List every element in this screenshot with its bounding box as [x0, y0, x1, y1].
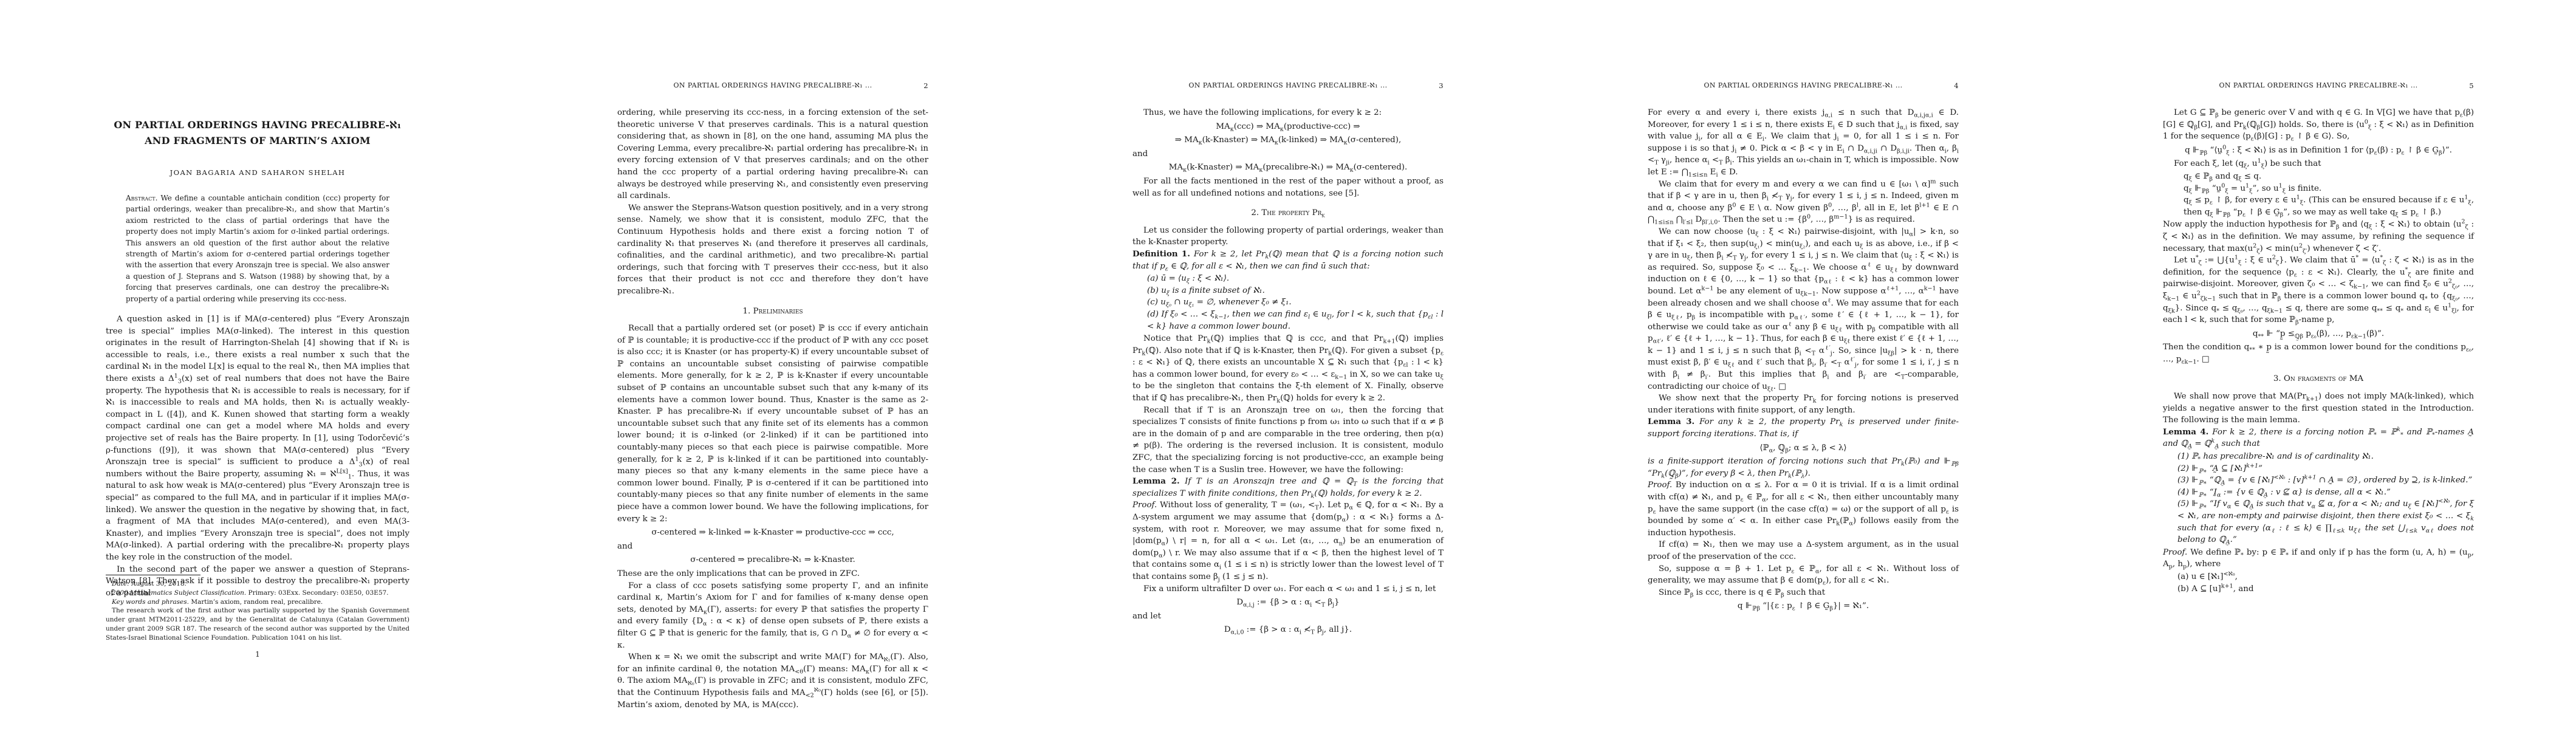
display-formula: q** ⊩ “p̰ ≤ℚ̰β pε₀(β), …, pεk−1(β)”.	[2163, 328, 2474, 340]
paragraph: Let u*ζ := ⋃{u1ξ : ξ ∈ u2ζ}. We claim th…	[2163, 255, 2474, 326]
running-header: ON PARTIAL ORDERINGS HAVING PRECALIBRE-ℵ…	[617, 81, 928, 89]
page-4: ON PARTIAL ORDERINGS HAVING PRECALIBRE-ℵ…	[1546, 0, 2061, 729]
display-formula: σ-centered ⇒ precalibre-ℵ₁ ⇒ k-Knaster.	[617, 554, 928, 566]
running-header-title: ON PARTIAL ORDERINGS HAVING PRECALIBRE-ℵ…	[2163, 81, 2474, 89]
paragraph: For all the facts mentioned in the rest …	[1132, 176, 1444, 199]
page-3-body: Thus, we have the following implications…	[1132, 107, 1444, 638]
list-item: (5) ⊩ℙ∗ “If vα ∈ ℚA̰ is such that vα ⊈ α…	[2177, 498, 2474, 546]
display-formula: Dα,i,0 := {β > α : αi ≮T βj, all j}.	[1132, 624, 1444, 636]
page-number: 3	[1439, 81, 1444, 90]
page-number: 1	[106, 650, 409, 659]
paragraph: and	[617, 541, 928, 553]
list: (1) ℙ* has precalibre-ℵ₁ and is of cardi…	[2163, 451, 2474, 546]
paragraph: Let us consider the following property o…	[1132, 225, 1444, 248]
list: (a) ū = ⟨uξ : ξ < ℵ₁⟩.(b) uξ is a finite…	[1132, 273, 1444, 332]
list-item: (a) ū = ⟨uξ : ξ < ℵ₁⟩.	[1147, 273, 1444, 285]
paragraph: We show next that the property Prk for f…	[1648, 392, 1959, 416]
list-item: (a) u ∈ [ℵ₁]<ℵ₀,	[2177, 571, 2474, 583]
paragraph: Now apply the induction hypothesis for ℙ…	[2163, 219, 2474, 255]
footnote-msc: 2000 Mathematics Subject Classification.…	[106, 589, 409, 598]
display-formula: ⇒ MAκ(k-Knaster) ⇒ MAκ(k-linked) ⇒ MAκ(σ…	[1132, 134, 1444, 146]
display-formula: ⟨ℙα, ℚ̰β; α ≤ λ, β < λ⟩	[1648, 442, 1959, 454]
paragraph: and	[1132, 148, 1444, 160]
list-item: (3) ⊩ℙ∗ “ℚA̰ = {v ∈ [ℵ₁]<ℵ₀ : [v]k+1 ∩ A…	[2177, 474, 2474, 487]
paper-title-line-2: AND FRAGMENTS OF MARTIN’S AXIOM	[106, 133, 409, 149]
display-formula: q ⊩ℙβ “⟨ṵ0ξ : ξ < ℵ₁⟩ is as in Definitio…	[2163, 145, 2474, 157]
paragraph: and let	[1132, 611, 1444, 623]
paragraph: Then the condition q** ∗ p̰ is a common …	[2163, 341, 2474, 365]
page-5: ON PARTIAL ORDERINGS HAVING PRECALIBRE-ℵ…	[2061, 0, 2576, 729]
section-heading: 3. On fragments of MA	[2163, 373, 2474, 385]
lemma: Lemma 2. If T is an Aronszajn tree and ℚ…	[1132, 476, 1444, 499]
paragraph: If cf(α) = ℵ₁, then we may use a Δ-syste…	[1648, 539, 1959, 563]
page-1-body: A question asked in [1] is if MA(σ-cente…	[106, 313, 409, 599]
paragraph: Recall that a partially ordered set (or …	[617, 323, 928, 525]
display-formula: q ⊩ℙβ “|{ε : pε ↾ β ∈ G̰β}| = ℵ₁”.	[1648, 600, 1959, 612]
paper-title-line-1: ON PARTIAL ORDERINGS HAVING PRECALIBRE-ℵ…	[106, 117, 409, 133]
running-header-title: ON PARTIAL ORDERINGS HAVING PRECALIBRE-ℵ…	[1132, 81, 1444, 89]
list-item: (c) uξ₀ ∩ uξ₁ = ∅, whenever ξ₀ ≠ ξ₁.	[1147, 296, 1444, 309]
running-header: ON PARTIAL ORDERINGS HAVING PRECALIBRE-ℵ…	[1132, 81, 1444, 89]
abstract: Abstract. We define a countable antichai…	[126, 193, 389, 304]
paragraph: is a finite-support iteration of forcing…	[1648, 456, 1959, 479]
list-item: (4) ⊩ℙ∗ “Ḭα := {v ∈ ℚA̰ : v ⊈ α} is dens…	[2177, 487, 2474, 499]
paragraph: Fix a uniform ultrafilter D over ω₁. For…	[1132, 583, 1444, 595]
page-3: ON PARTIAL ORDERINGS HAVING PRECALIBRE-ℵ…	[1030, 0, 1546, 729]
abstract-label: Abstract.	[126, 194, 157, 202]
running-header-title: ON PARTIAL ORDERINGS HAVING PRECALIBRE-ℵ…	[617, 81, 928, 89]
lemma: Lemma 4. For k ≥ 2, there is a forcing n…	[2163, 426, 2474, 450]
paragraph: We answer the Steprans-Watson question p…	[617, 202, 928, 298]
document-canvas: arXiv:1502.05500v1 [math.LO] 19 Feb 2015…	[0, 0, 2576, 729]
footnote-date: Date: August 30, 2018.	[106, 580, 409, 589]
authors: JOAN BAGARIA AND SAHARON SHELAH	[106, 168, 409, 177]
page-5-body: Let G ⊆ ℙβ be generic over V and with q …	[2163, 107, 2474, 595]
paragraph: Recall that if T is an Aronszajn tree on…	[1132, 405, 1444, 476]
paragraph: ordering, while preserving its ccc-ness,…	[617, 107, 928, 202]
paragraph: We shall now prove that MA(Prk+1) does n…	[2163, 391, 2474, 426]
running-header-title: ON PARTIAL ORDERINGS HAVING PRECALIBRE-ℵ…	[1648, 81, 1959, 89]
paragraph: We claim that for every m and every α we…	[1648, 179, 1959, 226]
paragraph: Notice that Prk(ℚ) implies that ℚ is ccc…	[1132, 333, 1444, 405]
list-item: (1) ℙ* has precalibre-ℵ₁ and is of cardi…	[2177, 451, 2474, 463]
list-item: qξ ≤ pε ↾ β, for every ε ∈ u1ξ. (This ca…	[2184, 194, 2474, 218]
paragraph: These are the only implications that can…	[617, 568, 928, 580]
page-4-body: For every α and every i, there exists jα…	[1648, 107, 1959, 614]
footnote-funding: The research work of the first author wa…	[106, 606, 409, 642]
paragraph: For every α and every i, there exists jα…	[1648, 107, 1959, 179]
display-formula: Dα,i,j := {β > α : αi <T βj}	[1132, 597, 1444, 609]
list-item: qξ ∈ ℙβ and qξ ≤ q.	[2184, 171, 2474, 183]
proof: Proof. By induction on α ≤ λ. For α = 0 …	[1648, 479, 1959, 539]
running-header: ON PARTIAL ORDERINGS HAVING PRECALIBRE-ℵ…	[1648, 81, 1959, 89]
running-header: ON PARTIAL ORDERINGS HAVING PRECALIBRE-ℵ…	[2163, 81, 2474, 89]
page-2-body: ordering, while preserving its ccc-ness,…	[617, 107, 928, 711]
proof: Proof. We define ℙ* by: p ∈ ℙ* if and on…	[2163, 547, 2474, 570]
list-item: (b) A ⊆ [u]k+1, and	[2177, 583, 2474, 595]
paragraph: So, suppose α = β + 1. Let pε ∈ ℙα, for …	[1648, 563, 1959, 587]
paper-title: ON PARTIAL ORDERINGS HAVING PRECALIBRE-ℵ…	[106, 117, 409, 149]
paragraph: We can now choose ⟨uξ : ξ < ℵ₁⟩ pairwise…	[1648, 226, 1959, 392]
abstract-text: We define a countable antichain conditio…	[126, 194, 389, 303]
display-formula: MAκ(ccc) ⇒ MAκ(productive-ccc) ⇒	[1132, 121, 1444, 133]
page-number: 4	[1954, 81, 1959, 90]
page-2: ON PARTIAL ORDERINGS HAVING PRECALIBRE-ℵ…	[515, 0, 1030, 729]
paragraph: Thus, we have the following implications…	[1132, 107, 1444, 119]
footnotes: Date: August 30, 2018. 2000 Mathematics …	[106, 575, 409, 643]
page-number: 5	[2469, 81, 2474, 90]
section-heading: 1. Preliminaries	[617, 306, 928, 318]
page-number: 2	[923, 81, 928, 90]
footnote-keywords: Key words and phrases. Martin’s axiom, r…	[106, 598, 409, 607]
paragraph: Since ℙβ is ccc, there is q ∈ ℙβ such th…	[1648, 587, 1959, 599]
definition: Definition 1. For k ≥ 2, let Prk(ℚ) mean…	[1132, 248, 1444, 272]
list: (a) u ∈ [ℵ₁]<ℵ₀,(b) A ⊆ [u]k+1, and	[2163, 571, 2474, 595]
display-formula: σ-centered ⇒ k-linked ⇒ k-Knaster ⇒ prod…	[617, 527, 928, 539]
page-1-column: ON PARTIAL ORDERINGS HAVING PRECALIBRE-ℵ…	[106, 0, 409, 599]
list: qξ ∈ ℙβ and qξ ≤ q.qξ ⊩ℙβ “ṵ0ξ = u1ξ”, s…	[2163, 171, 2474, 218]
list-item: qξ ⊩ℙβ “ṵ0ξ = u1ξ”, so u1ξ is finite.	[2184, 183, 2474, 195]
list-item: (b) uξ is a finite subset of ℵ₁.	[1147, 285, 1444, 297]
section-heading: 2. The property Prk	[1132, 207, 1444, 219]
paragraph: When κ = ℵ₁ we omit the subscript and wr…	[617, 651, 928, 711]
paragraph: Let G ⊆ ℙβ be generic over V and with q …	[2163, 107, 2474, 143]
footnote-rule	[106, 575, 200, 575]
paragraph: For a class of ccc posets satisfying som…	[617, 580, 928, 652]
display-formula: MAκ(k-Knaster) ⇒ MAκ(precalibre-ℵ₁) ⇒ MA…	[1132, 162, 1444, 174]
paragraph: A question asked in [1] is if MA(σ-cente…	[106, 313, 409, 563]
lemma: Lemma 3. For any k ≥ 2, the property Prk…	[1648, 416, 1959, 440]
list-item: (d) If ξ₀ < … < ξk−1, then we can find ε…	[1147, 309, 1444, 332]
paragraph: For each ξ, let (qξ, u1ξ) be such that	[2163, 158, 2474, 170]
proof: Proof. Without loss of generality, T = (…	[1132, 499, 1444, 583]
page-1: ON PARTIAL ORDERINGS HAVING PRECALIBRE-ℵ…	[0, 0, 515, 729]
list-item: (2) ⊩ℙ∗ “A̰ ⊆ [ℵ₁]k+1”	[2177, 463, 2474, 475]
